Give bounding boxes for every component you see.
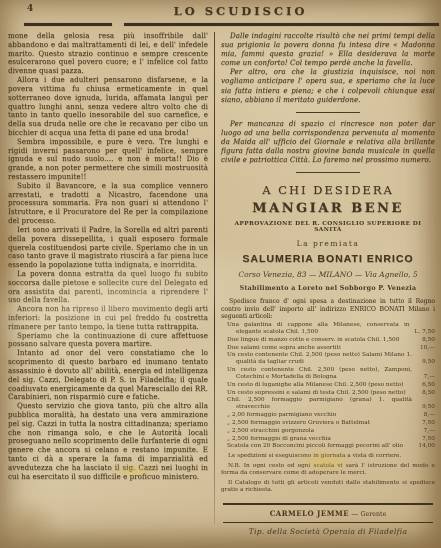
item-description: Due salami come sopra anche assortiti [227,345,412,352]
column-divider [214,32,215,524]
advertisement-salumeria: A CHI DESIDERA MANGIAR BENE APPROVAZIONE… [221,180,435,494]
gerente-line: CARMELO JEMME — Gerente [221,509,435,518]
header-rule [24,23,439,26]
columns-container: mone della gelosia resa più insoffribile… [0,26,441,542]
item-description: Un cesto contenente Chil. 2,500 (peso ne… [227,352,412,366]
price-list-item: Due lingue di manzo cotte e conserv. in … [227,337,435,344]
price-list-item: „ 2,500 formaggio svizzero Gruviera o Ba… [227,420,435,427]
ad-business-name: SALUMERIA BONATI ENRICO [221,253,435,265]
gerente-role: Gerente [361,511,387,518]
item-price: 7,— [412,374,435,381]
price-list-item: Un cesto sopressini e salami di testa Ch… [227,390,435,397]
price-list-item: Un cesto contenente Chil. 2,500 (peso ne… [227,367,435,381]
editorial-notice: Per mancanza di spazio ci rincresce non … [221,120,435,165]
commentary-paragraph: Dalle indagini raccolte risultò che nei … [221,32,435,68]
newspaper-page: 4 LO SCUDISCIO mone della gelosia resa p… [0,0,441,548]
ad-note: Il Catalogo di tutti gli articoli vendut… [221,480,435,494]
section-divider-rule [296,172,360,173]
article-paragraph: Questo servizio che giova tanto, più che… [8,402,208,481]
price-list-item: Chil. 2,500 formaggio parmigiano (grana)… [227,397,435,411]
footer-rule-top [223,503,433,505]
price-list-item: Un cesto di luganighe alla Milanese Chil… [227,382,435,389]
ad-heading-line2: MANGIAR BENE [221,201,435,216]
item-description: „ 2,500 formaggio di grana vecchia [227,436,412,443]
price-list-item: Scatola con 20 Bocconcini piccoli formag… [227,443,435,450]
article-paragraph: Subito il Bavancore, e la sua complice v… [8,182,208,226]
item-price: 9,50 [412,404,435,411]
article-paragraph: Allora i due adulteri pensarono disfarse… [8,76,208,138]
article-paragraph: Sembra impossibile, e pure è vero. Tre l… [8,138,208,182]
commentary-paragraph: Per altro, ora che la giustizia inquisis… [221,68,435,104]
item-description: Una galantina di cappone alla Milanese, … [227,322,410,336]
item-price: 10,— [412,345,435,352]
gerente-name: CARMELO JEMME [270,509,349,518]
item-price: 6,50 [412,382,435,389]
ad-price-list: Una galantina di cappone alla Milanese, … [221,322,435,450]
ad-intro-paragraph: Spedisce franco d' ogni spesa a destinaz… [221,298,435,320]
printer-credit: Tip. della Società Operaia di Filadelfia [221,527,435,536]
column-footer: CARMELO JEMME — Gerente Tip. della Socie… [221,503,435,542]
item-price: L. 7,50 [410,329,435,336]
ad-note: Le spedizioni si eseguiscono in giornata… [221,453,435,460]
price-list-item: Un cesto contenente Chil. 2,500 (peso ne… [227,352,435,366]
article-paragraph: La povera donna estratta da quel luogo f… [8,270,208,305]
item-price: 8,50 [412,390,435,397]
item-price: 14,00 [412,443,435,450]
price-list-item: „ 2,500 stracchini gorgonzola7,— [227,428,435,435]
article-paragraph: Intanto ad onor del vero constatiamo che… [8,349,208,402]
ad-approval-line: APPROVAZIONE DEL R. CONSIGLIO SUPERIORE … [221,221,435,233]
item-price: 7,50 [412,436,435,443]
price-list-item: Due salami come sopra anche assortiti10,… [227,345,435,352]
item-price: 7,50 [412,420,435,427]
item-description: „ 2,00 formaggio parmigiano vecchio [227,412,412,419]
page-header: 4 LO SCUDISCIO [0,0,441,20]
gerente-separator: — [351,510,358,518]
item-description: Un cesto di luganighe alla Milanese Chil… [227,382,412,389]
article-paragraph: Ieri sono arrivati il Padre, la Sorella … [8,226,208,270]
right-column: Dalle indagini raccolte risultò che nei … [217,32,437,542]
ad-address-line: Corso Venezia, 83 — MILANO — Via Agnello… [221,270,435,279]
article-paragraph: mone della gelosia resa più insoffribile… [8,32,208,76]
item-description: „ 2,500 stracchini gorgonzola [227,428,412,435]
ad-note: N.B. In ogni cesto od ogni scatola vi sa… [221,463,435,477]
price-list-item: Una galantina di cappone alla Milanese, … [227,322,435,336]
ad-establishment-line: Stabilimento a Loreto nel Sobborgo P. Ve… [221,285,435,292]
article-paragraph: Speriamo che la continuazione di cure af… [8,332,208,350]
item-description: Due lingue di manzo cotte e conserv. in … [227,337,412,344]
header-rule-left [24,23,112,26]
item-description: Scatola con 20 Bocconcini piccoli formag… [227,443,412,450]
price-list-item: „ 2,500 formaggio di grana vecchia7,50 [227,436,435,443]
item-price: 8,— [412,412,435,419]
footer-rule-bottom [223,522,433,523]
ad-premiata-line: La premiata [221,239,435,248]
left-column-article: mone della gelosia resa più insoffribile… [6,32,212,542]
item-description: Un cesto sopressini e salami di testa Ch… [227,390,412,397]
item-description: Chil. 2,500 formaggio parmigiano (grana)… [227,397,412,411]
masthead-title: LO SCUDISCIO [20,4,441,18]
header-rule-right [124,23,439,26]
article-paragraph: Ancora non ha ripreso il libero moviment… [8,305,208,331]
item-description: „ 2,500 formaggio svizzero Gruviera o Ba… [227,420,412,427]
item-price: 9,50 [412,359,435,366]
item-price: 8,50 [412,337,435,344]
section-divider-rule [296,112,360,113]
item-price: 7,— [412,428,435,435]
item-description: Un cesto contenente Chil. 2,500 (peso ne… [227,367,412,381]
price-list-item: „ 2,00 formaggio parmigiano vecchio8,— [227,412,435,419]
ad-heading-line1: A CHI DESIDERA [221,183,435,197]
